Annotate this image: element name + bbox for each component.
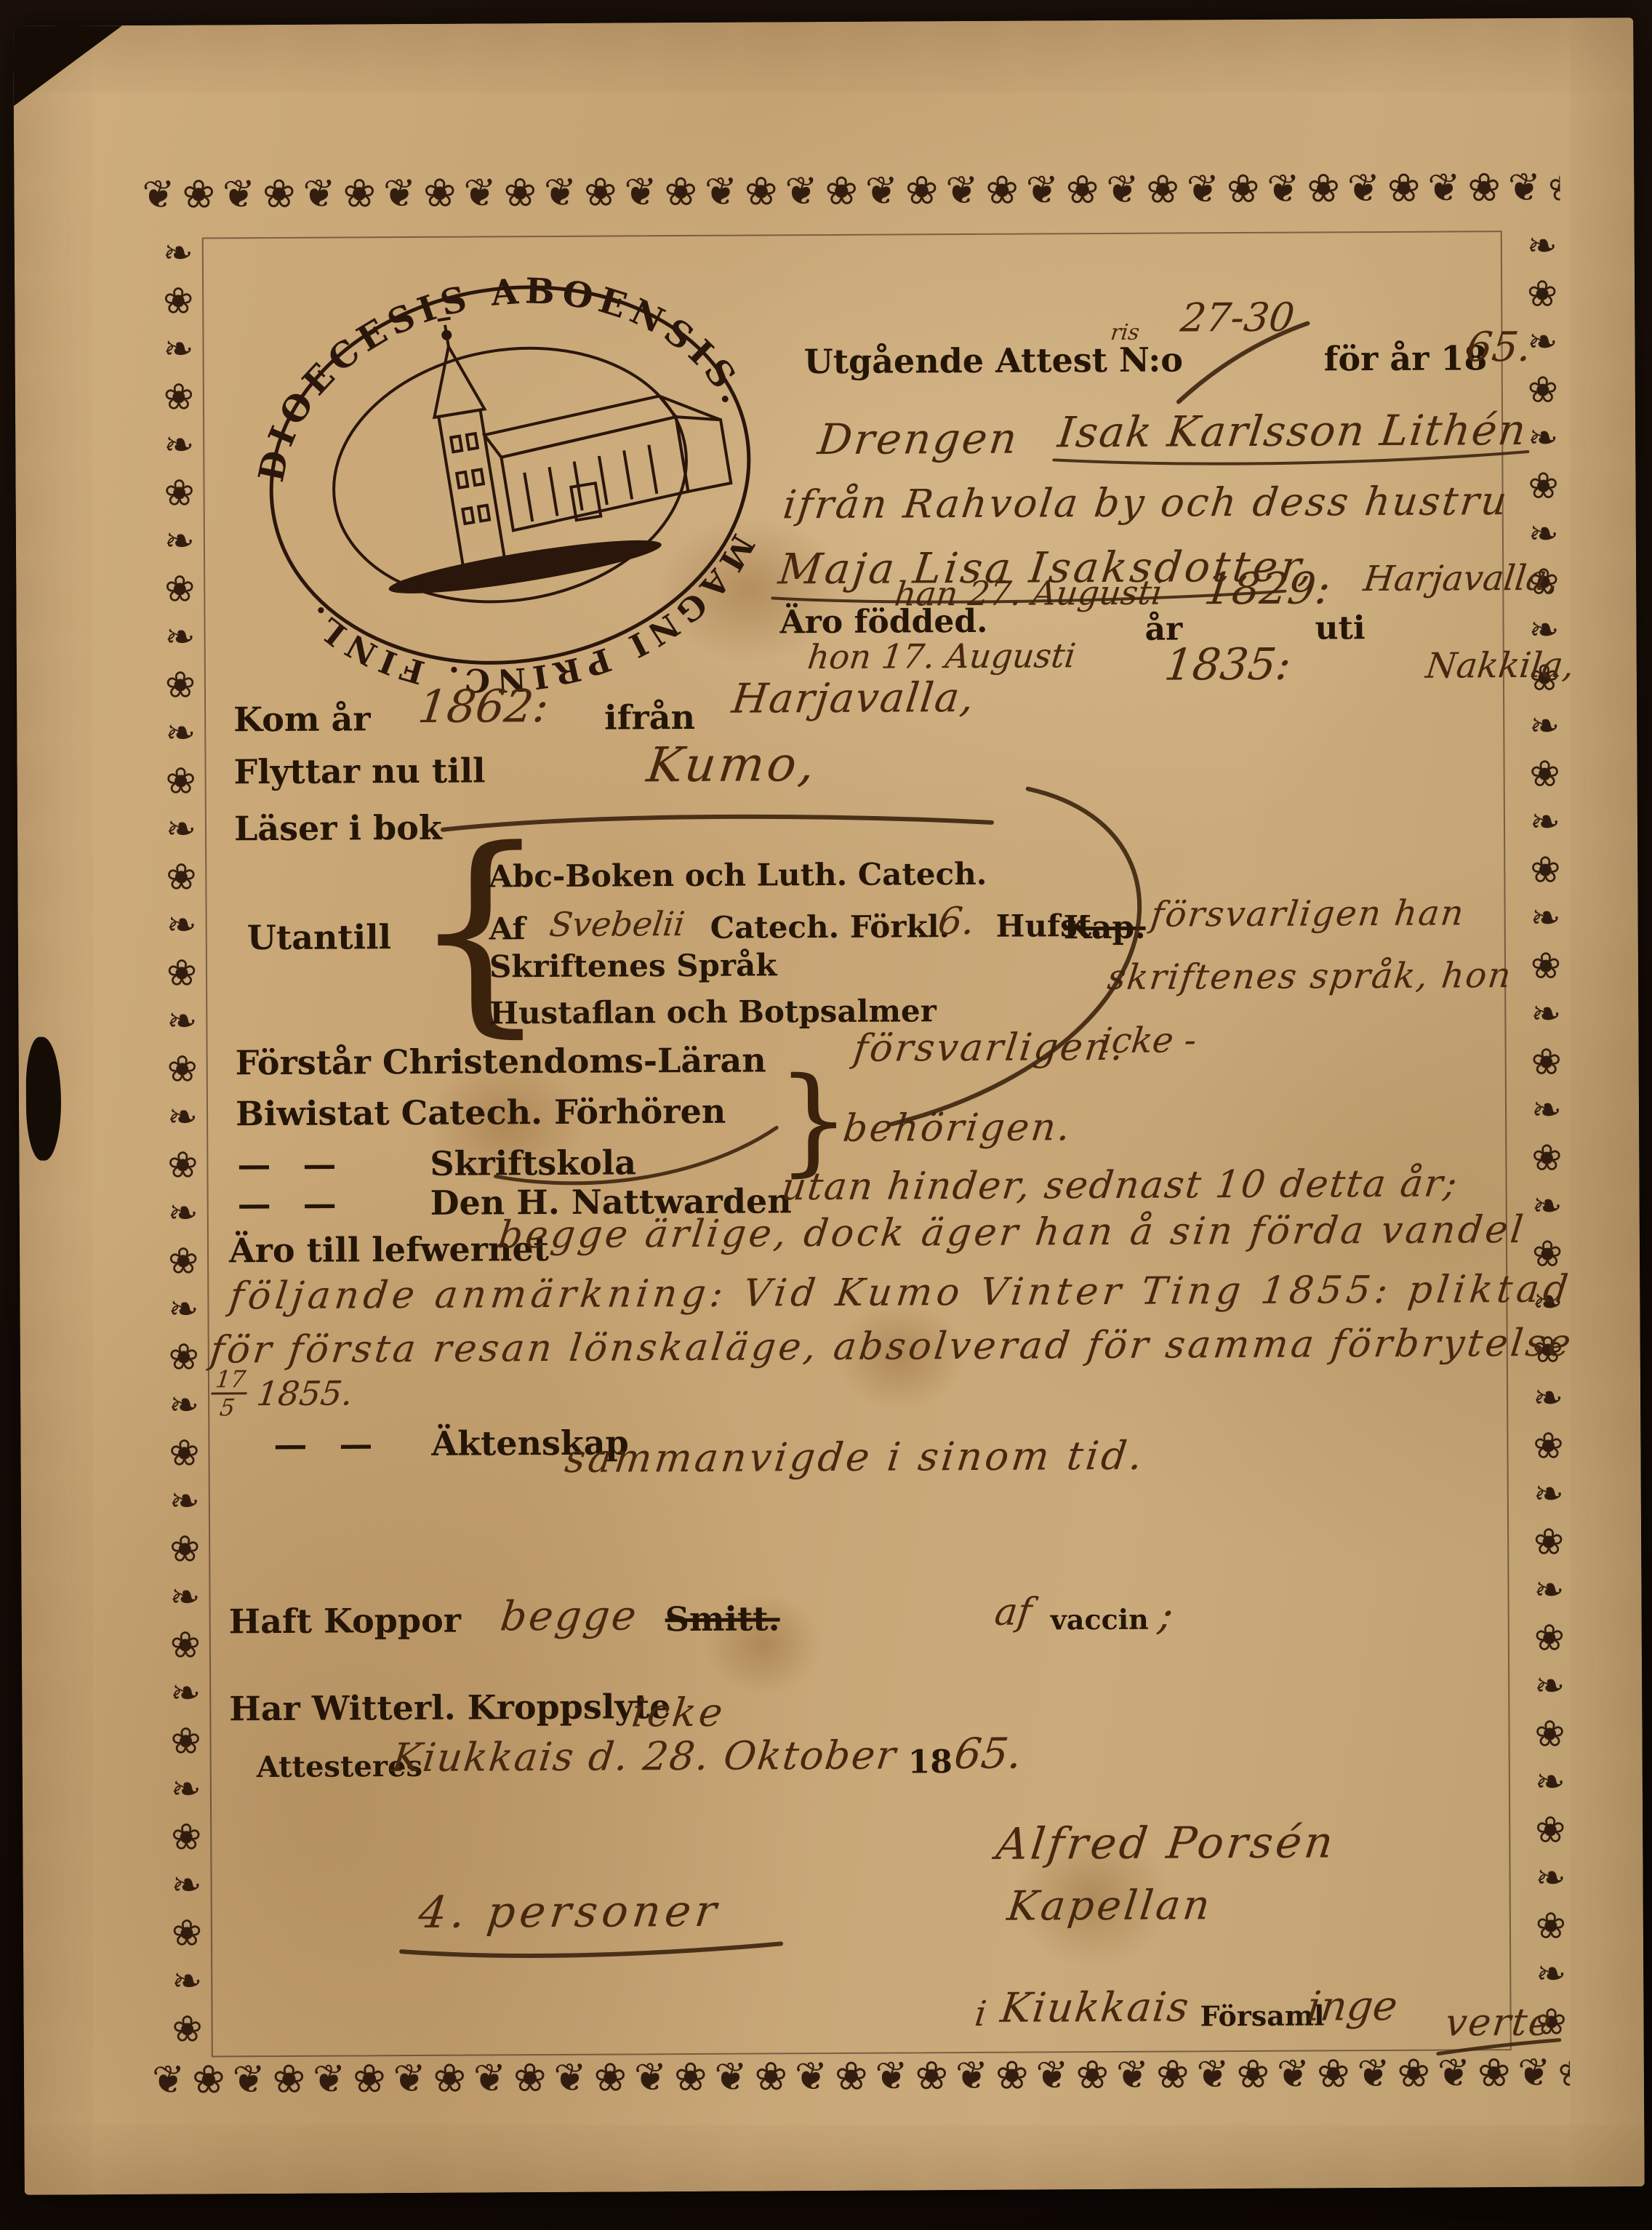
smallpox-af: af	[993, 1591, 1034, 1634]
deformity-label: Har Witterl. Kroppslyte	[229, 1687, 670, 1728]
attended-label: Biwistat Catech. Förhören	[236, 1092, 726, 1134]
title-year-handwritten: 65.	[1464, 324, 1534, 372]
conduct-date-fraction: 175	[208, 1367, 249, 1420]
born-uti-label: uti	[1315, 610, 1365, 647]
utantill-row2-catech: Catech. Förkl.	[710, 908, 950, 946]
attest-year-printed: 18	[908, 1743, 953, 1781]
smallpox-vaccin-label: vaccin	[1051, 1603, 1149, 1636]
utantill-row2-number: 6.	[936, 900, 977, 943]
persons-note: 4. personer	[416, 1886, 723, 1938]
border-ornament-top: ❦❀❦❀❦❀❦❀❦❀❦❀❦❀❦❀❦❀❦❀❦❀❦❀❦❀❦❀❦❀❦❀❦❀❦❀❦❀❦❀…	[142, 168, 1560, 232]
utantill-row2-svebelii: Svebelii	[548, 904, 687, 944]
parish-verte: verte	[1443, 2001, 1555, 2045]
parish-place: Kiukkais	[998, 1983, 1192, 2031]
nattvard-dashes: — —	[238, 1183, 347, 1223]
born-she-year: 1835:	[1162, 639, 1294, 691]
kap-note-line2: skriftenes språk, hon	[1105, 955, 1515, 998]
skriftskola-dashes: — —	[237, 1144, 346, 1184]
title-printed: Utgående Attest N:o	[803, 340, 1183, 381]
attended-value: behörigen.	[841, 1106, 1074, 1151]
came-ifran-label: ifrån	[604, 698, 695, 738]
abo-diocese-seal: DIOECESIS ABOENSIS. MAGNI PRINC. FINL.	[195, 212, 833, 736]
subject-name: Isak Karlsson Lithén	[1055, 405, 1530, 457]
marriage-dashes: — —	[273, 1424, 382, 1464]
signature-title: Kapellan	[1005, 1882, 1215, 1930]
understands-label: Förstår Christendoms-Läran	[236, 1040, 766, 1082]
born-he-year: 1829:	[1201, 563, 1333, 615]
document-paper: ❦❀❦❀❦❀❦❀❦❀❦❀❦❀❦❀❦❀❦❀❦❀❦❀❦❀❦❀❦❀❦❀❦❀❦❀❦❀❦❀…	[13, 17, 1645, 2195]
closing-brace-glyph: }	[777, 1062, 851, 1179]
understands-value: försvarligen.	[851, 1026, 1128, 1071]
born-he-place: Harjavalla,	[1361, 558, 1560, 599]
attest-year-handwritten: 65.	[952, 1729, 1025, 1779]
attest-place-date: Kiukkais d. 28. Oktober	[390, 1733, 899, 1781]
moving-label: Flyttar nu till	[233, 751, 485, 791]
subject-origin-line: ifrån Rahvola by och dess hustru	[781, 478, 1512, 527]
parish-suffix: inge	[1305, 1983, 1400, 2031]
born-label: Äro födded.	[779, 603, 987, 641]
scanned-document: ❦❀❦❀❦❀❦❀❦❀❦❀❦❀❦❀❦❀❦❀❦❀❦❀❦❀❦❀❦❀❦❀❦❀❦❀❦❀❦❀…	[0, 0, 1652, 2230]
smallpox-label: Haft Koppor	[229, 1601, 461, 1642]
deformity-value: icke	[630, 1690, 729, 1736]
kap-label-struck: Kap.	[1064, 909, 1146, 947]
came-place: Harjavalla,	[729, 674, 977, 723]
title-number-handwritten: 27-30	[1178, 295, 1296, 341]
came-label: Kom år	[233, 699, 371, 739]
subject-prefix: Drengen	[815, 414, 1022, 464]
conduct-date-year: 1855.	[254, 1373, 355, 1413]
paper-corner-shadow	[13, 25, 123, 106]
utantill-row1: Abc-Boken och Luth. Catech.	[489, 856, 987, 895]
kap-note-line1: försvarligen han	[1149, 892, 1467, 935]
utantill-row2-af: Af	[489, 911, 526, 946]
border-ornament-right: ❧❀❧❀❧❀❧❀❧❀❧❀❧❀❧❀❧❀❧❀❧❀❧❀❧❀❧❀❧❀❧❀❧❀❧❀❧❀❧❀…	[1507, 225, 1570, 2053]
smallpox-struck-option: Smitt.	[665, 1599, 780, 1639]
utantill-row4: Hustaflan och Botpsalmer	[489, 993, 937, 1031]
came-year: 1862:	[415, 679, 551, 733]
signature-name: Alfred Porsén	[994, 1817, 1339, 1869]
nattvard-value: utan hinder, sednast 10 detta år;	[779, 1162, 1461, 1209]
border-ornament-left: ❧❀❧❀❧❀❧❀❧❀❧❀❧❀❧❀❧❀❧❀❧❀❧❀❧❀❧❀❧❀❧❀❧❀❧❀❧❀❧❀…	[143, 232, 206, 2061]
skriftskola-label: Skriftskola	[430, 1143, 636, 1183]
marriage-value: sammanvigde i sinom tid.	[563, 1433, 1148, 1482]
border-ornament-bottom: ❦❀❦❀❦❀❦❀❦❀❦❀❦❀❦❀❦❀❦❀❦❀❦❀❦❀❦❀❦❀❦❀❦❀❦❀❦❀❦❀…	[152, 2053, 1570, 2119]
conduct-line2: följande anmärkning: Vid Kumo Vinter Tin…	[228, 1268, 1575, 1319]
born-she-date: hon 17. Augusti	[806, 636, 1078, 676]
paper-tear	[25, 1037, 61, 1161]
conduct-line1: begge ärlige, dock äger han å sin förda …	[496, 1208, 1528, 1257]
conduct-date: 175 1855.	[208, 1367, 356, 1419]
smallpox-value: begge	[498, 1592, 641, 1640]
title-year-printed: för år 18	[1323, 338, 1487, 378]
moving-place: Kumo,	[644, 736, 821, 793]
utantill-row3: Skriftenes Språk	[489, 947, 777, 984]
utantill-label: Utantill	[247, 917, 392, 957]
conduct-line3: för första resan lönskaläge, absolverad …	[208, 1322, 1576, 1372]
born-she-place: Nakkila,	[1424, 645, 1576, 687]
title-number-superscript: ris	[1110, 320, 1141, 345]
